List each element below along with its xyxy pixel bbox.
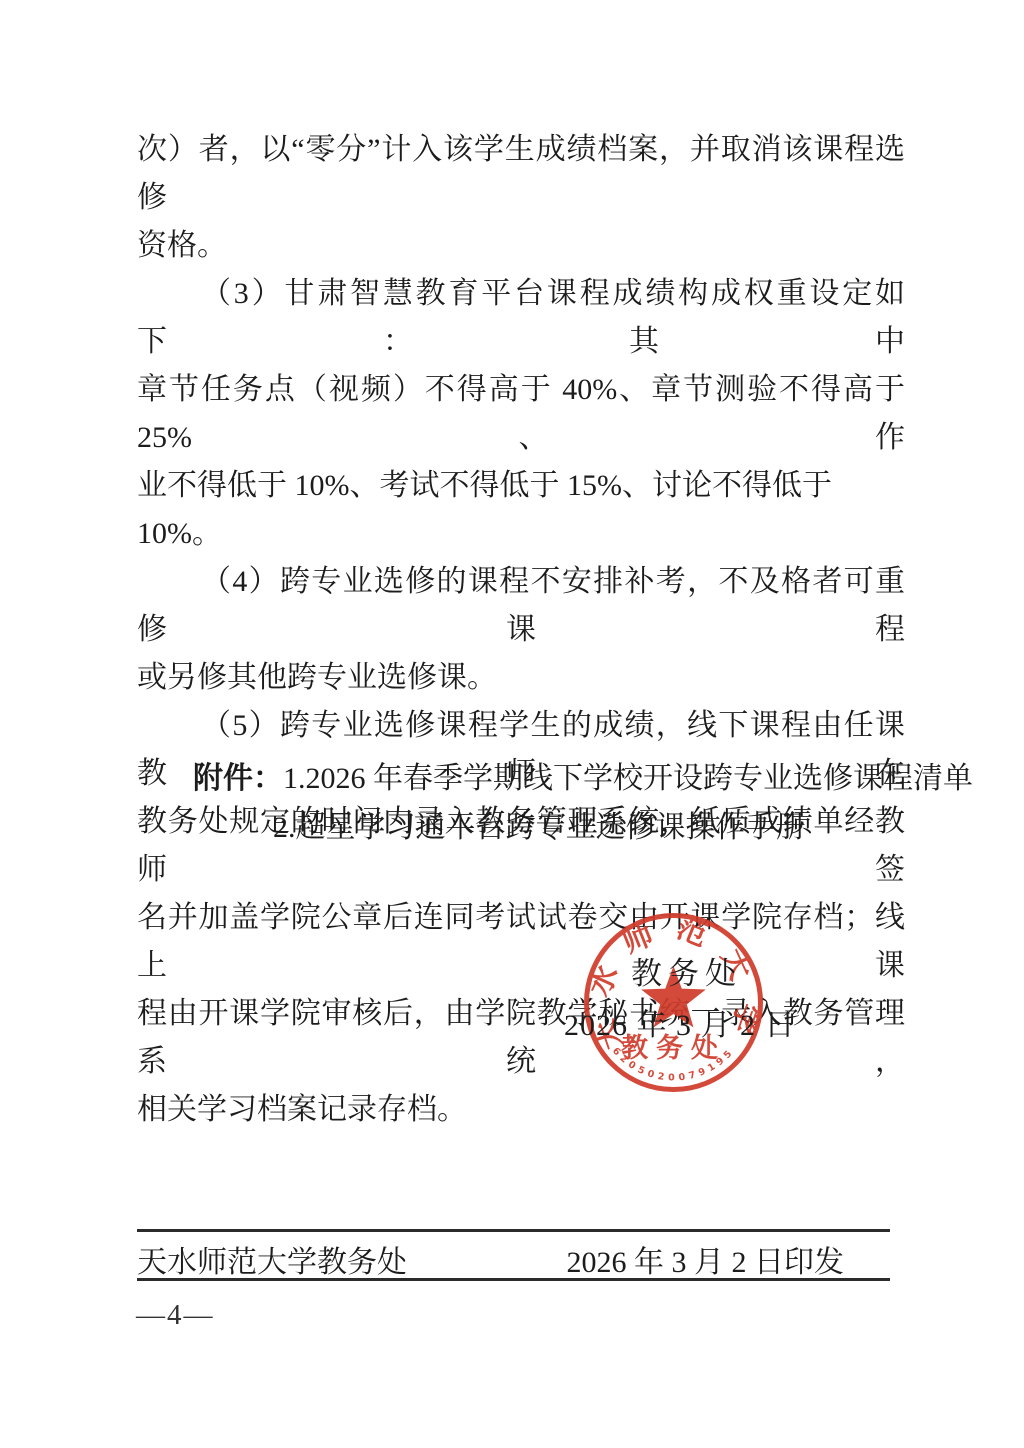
text-line: （4）跨专业选修的课程不安排补考，不及格者可重修课程: [137, 558, 905, 654]
colophon-row: 天水师范大学教务处 2026 年 3 月 2 日印发: [137, 1237, 890, 1281]
text-line: 章节任务点（视频）不得高于 40%、章节测验不得高于 25%、作: [137, 366, 905, 462]
paragraph: （4）跨专业选修的课程不安排补考，不及格者可重修课程 或另修其他跨专业选修课。: [137, 558, 905, 702]
colophon-rule-top: [137, 1229, 890, 1232]
paragraph: （3）甘肃智慧教育平台课程成绩构成权重设定如下：其中 章节任务点（视频）不得高于…: [137, 270, 905, 558]
attachment-item: 2.超星学习通平台跨专业选修课操作手册: [273, 811, 806, 844]
paragraph: 次）者，以“零分”计入该学生成绩档案，并取消该课程选修 资格。: [137, 126, 905, 270]
print-date: 2026 年 3 月 2 日印发: [567, 1237, 891, 1281]
text-line: 次）者，以“零分”计入该学生成绩档案，并取消该课程选修: [137, 126, 905, 222]
attachment-row: 2.超星学习通平台跨专业选修课操作手册: [193, 803, 973, 852]
attachment-item: 1.2026 年春季学期线下学校开设跨专业选修课程清单: [283, 762, 973, 795]
attachment-row: 附件：1.2026 年春季学期线下学校开设跨专业选修课程清单: [193, 754, 973, 803]
text-line: 或另修其他跨专业选修课。: [137, 654, 905, 702]
document-body: 次）者，以“零分”计入该学生成绩档案，并取消该课程选修 资格。 （3）甘肃智慧教…: [137, 126, 905, 1134]
signature-date: 2026 年 3 月 2 日: [564, 1000, 796, 1044]
page-number: —4—: [136, 1299, 215, 1332]
signature-department: 教务处: [631, 948, 742, 993]
issuer-name: 天水师范大学教务处: [137, 1237, 407, 1281]
text-line: 资格。: [137, 222, 905, 270]
document-page: 次）者，以“零分”计入该学生成绩档案，并取消该课程选修 资格。 （3）甘肃智慧教…: [0, 0, 1024, 1448]
text-line: 名并加盖学院公章后连同考试试卷交由开课学院存档；线上课: [137, 894, 905, 990]
text-line: 相关学习档案记录存档。: [137, 1086, 905, 1134]
text-line: （3）甘肃智慧教育平台课程成绩构成权重设定如下：其中: [137, 270, 905, 366]
attachments-block: 附件：1.2026 年春季学期线下学校开设跨专业选修课程清单 2.超星学习通平台…: [193, 754, 973, 852]
text-line: 业不得低于 10%、考试不得低于 15%、讨论不得低于 10%。: [137, 462, 905, 558]
colophon-rule-bottom: [137, 1278, 890, 1281]
attachments-label: 附件：: [193, 762, 283, 795]
